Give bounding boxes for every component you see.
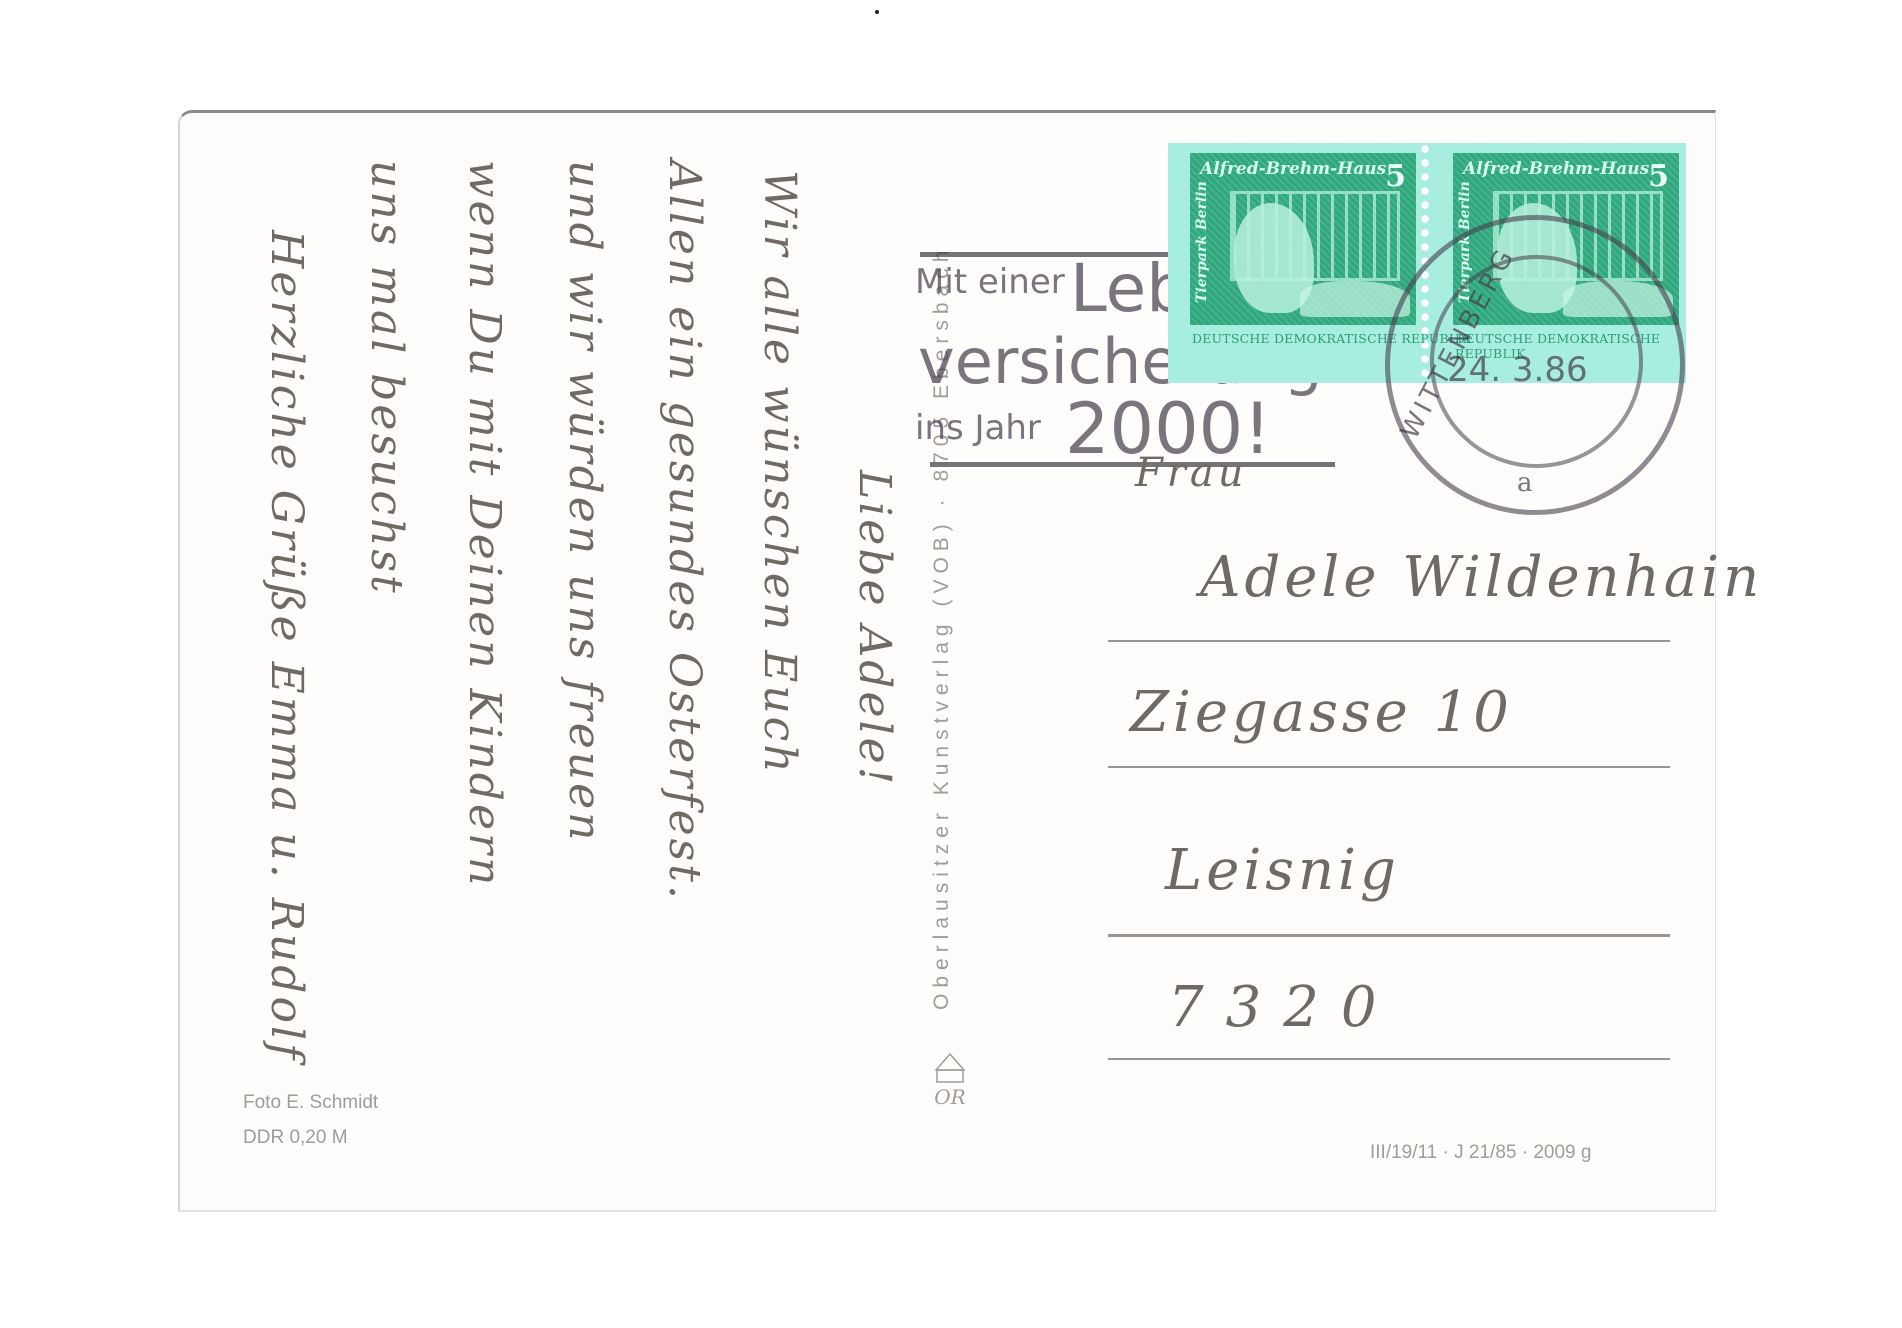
address-line <box>1108 640 1670 642</box>
dust-speck <box>875 10 879 14</box>
photo-credit: Foto E. Schmidt <box>243 1088 378 1118</box>
message-line: uns mal besuchst <box>361 160 412 596</box>
publisher-logo-icon: OR <box>920 1050 980 1110</box>
message-line: und wir würden uns freuen <box>559 160 610 843</box>
slogan-small-1: Mit einer <box>915 262 1065 302</box>
stamp-title: Alfred-Brehm-Haus <box>1200 159 1386 179</box>
stamp: Alfred-Brehm-Haus 5 Tierpark Berlin <box>1190 153 1416 325</box>
message-line: wenn Du mit Deinen Kindern <box>459 160 510 888</box>
stamp-value: 5 <box>1648 159 1669 194</box>
stamp-value: 5 <box>1385 159 1406 194</box>
message-greeting: Liebe Adele! <box>849 470 900 787</box>
sender-note: Frau <box>1135 450 1247 496</box>
address-city: Leisnig <box>1165 838 1400 903</box>
postmark-date: 24. 3.86 <box>1447 350 1588 390</box>
slogan-small-3: ins Jahr <box>915 408 1041 448</box>
postmark-letter: a <box>1517 468 1533 498</box>
message-line: Herzliche Grüße Emma u. Rudolf <box>261 230 312 1062</box>
address-street: Ziegasse 10 <box>1130 680 1513 745</box>
message-line: Wir alle wünschen Euch <box>754 170 805 776</box>
address-line <box>1108 1058 1670 1060</box>
message-line: Allen ein gesundes Osterfest. <box>659 160 710 902</box>
svg-text:OR: OR <box>934 1085 965 1109</box>
cancel-bar-bottom <box>930 462 1335 467</box>
address-line <box>1108 766 1670 768</box>
print-code: III/19/11 · J 21/85 · 2009 g <box>1370 1142 1591 1164</box>
stamp-title: Alfred-Brehm-Haus <box>1463 159 1649 179</box>
address-name: Adele Wildenhain <box>1200 545 1763 610</box>
address-postcode: 7320 <box>1168 975 1399 1040</box>
price-imprint: DDR 0,20 M <box>243 1123 348 1153</box>
address-line <box>1108 934 1670 937</box>
stamp-side-text: Tierpark Berlin <box>1194 181 1210 303</box>
